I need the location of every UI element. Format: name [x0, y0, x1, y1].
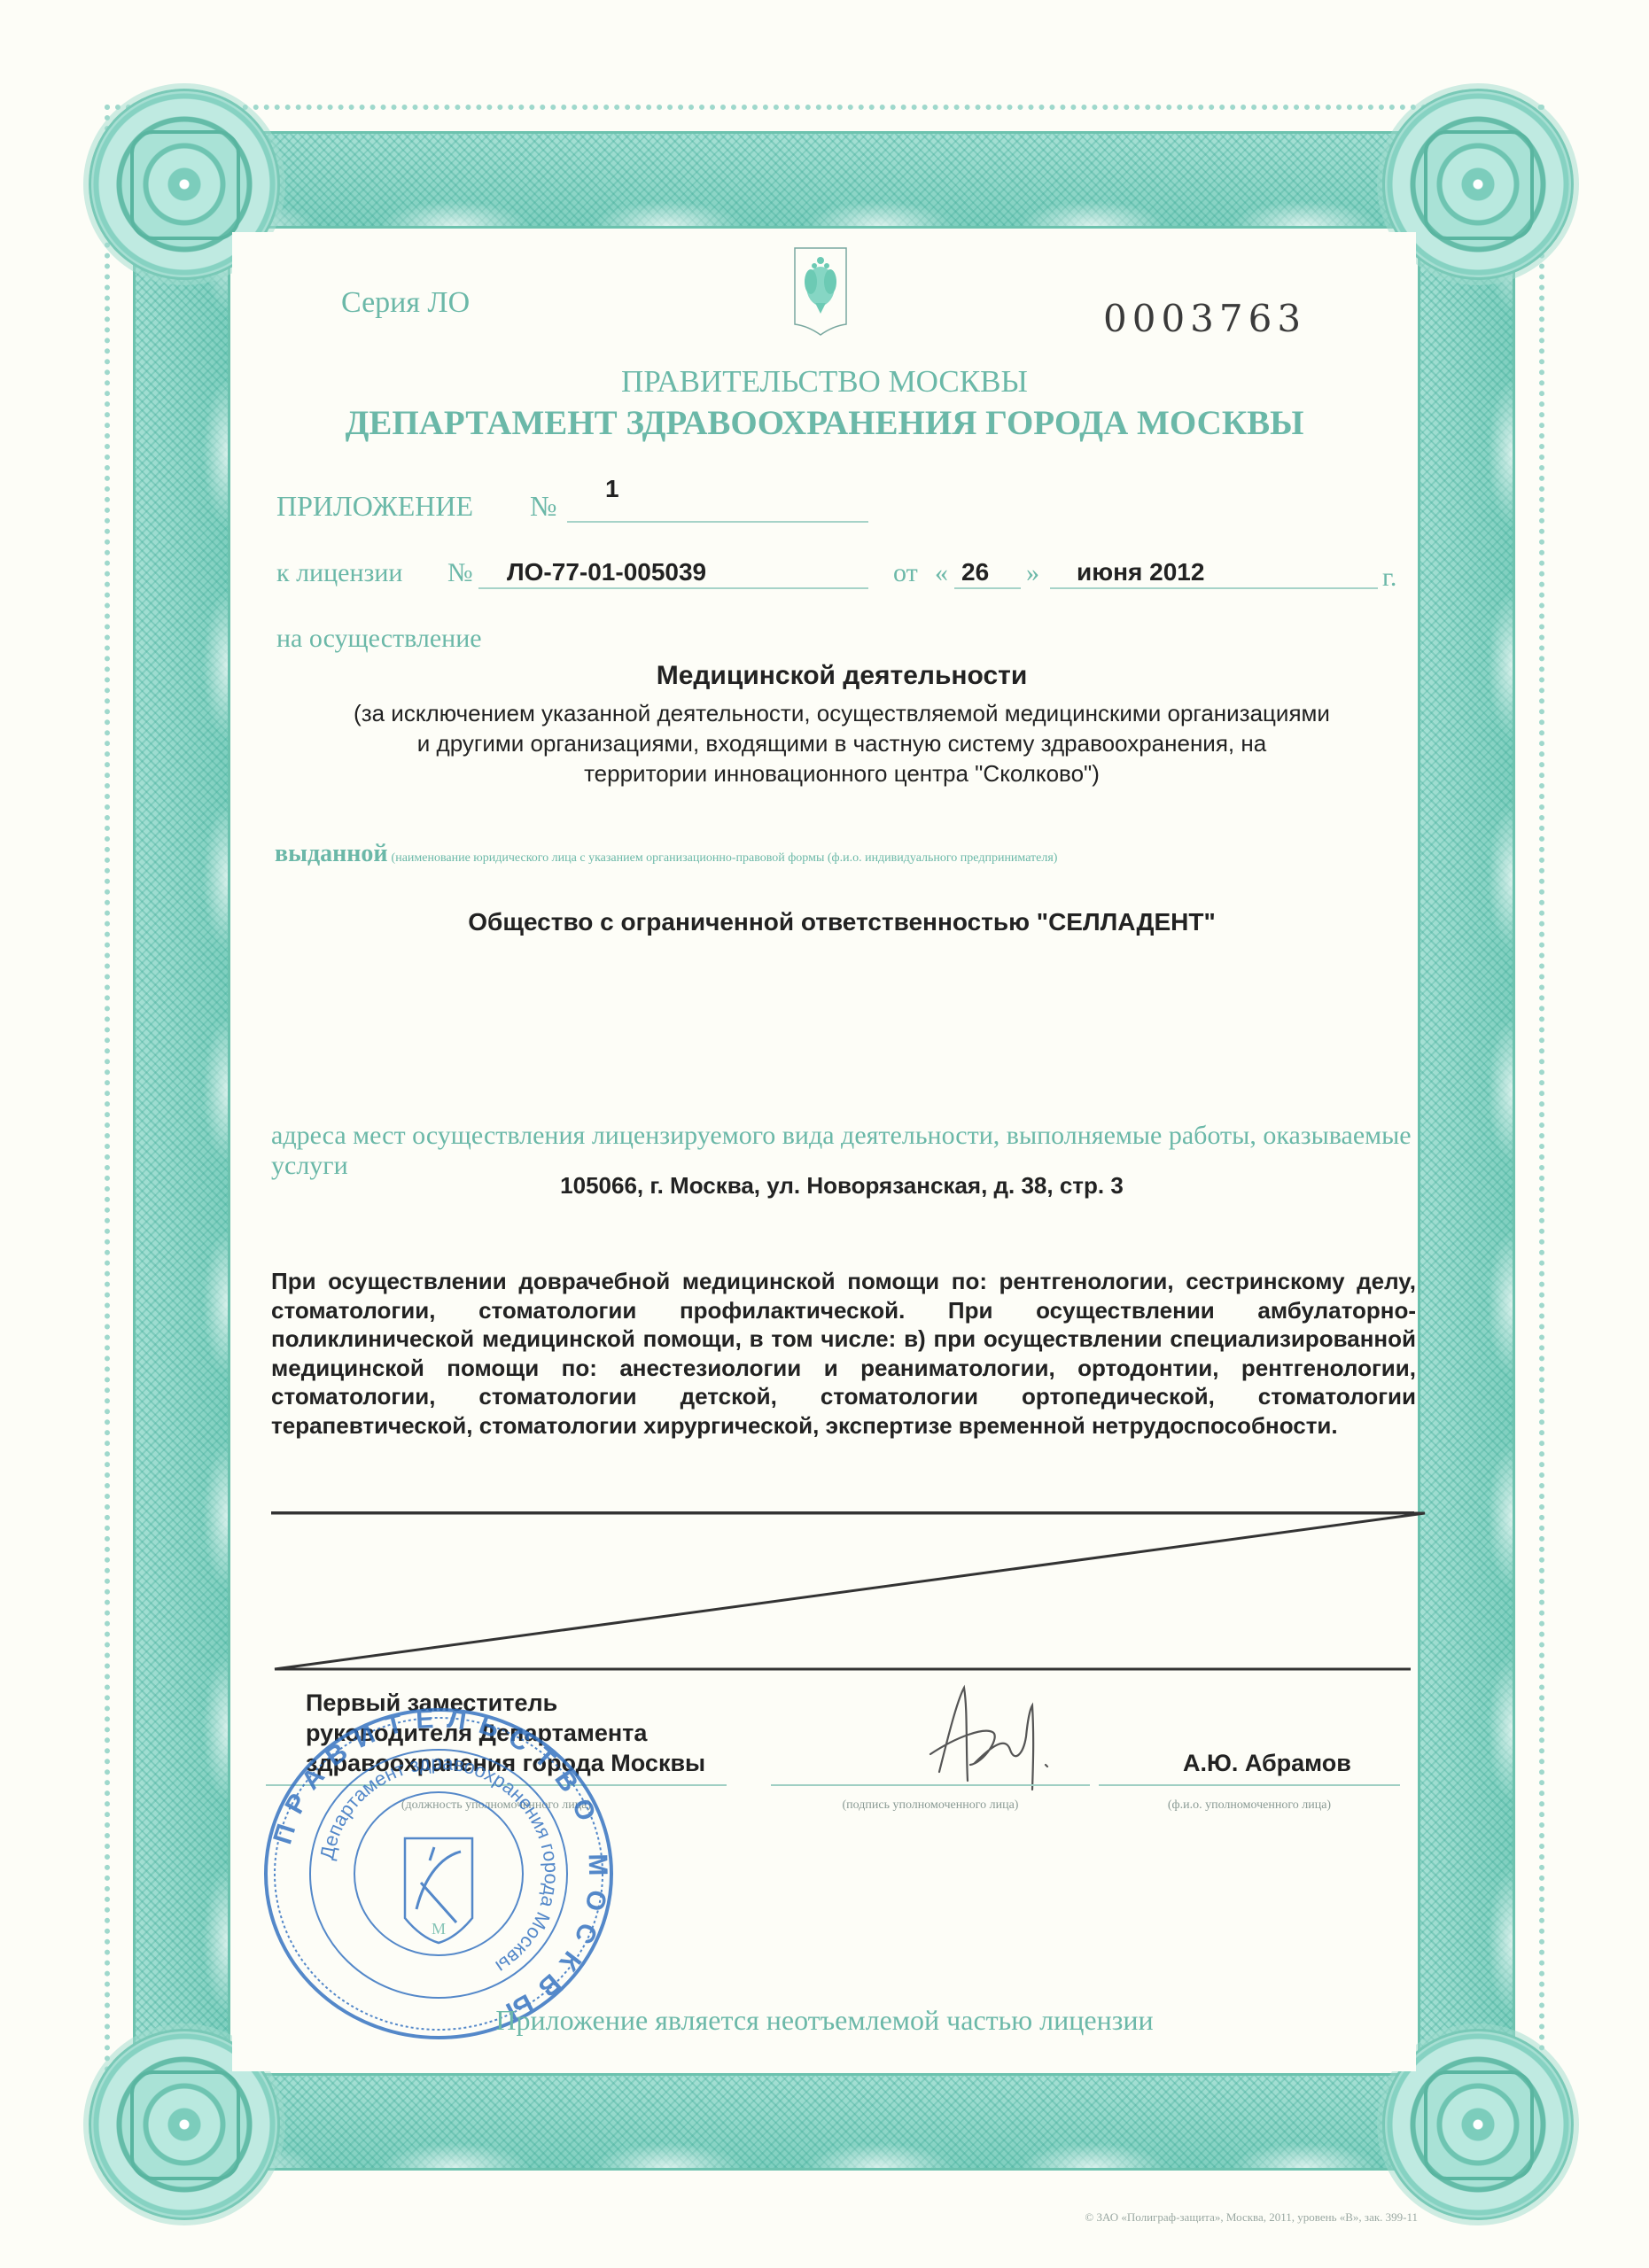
license-label: к лицензии [276, 558, 403, 588]
year-suffix: г. [1382, 563, 1396, 593]
official-seal-stamp: ПРАВИТЕЛЬСТВО МОСКВЫ Департамент здравоо… [253, 1705, 625, 2042]
serial-number: 0003763 [1103, 297, 1306, 340]
printer-imprint: © ЗАО «Полиграф-защита», Москва, 2011, у… [975, 2210, 1418, 2225]
license-number-sign: № [447, 558, 473, 588]
license-day-field [954, 587, 1021, 589]
license-from-label: от [893, 558, 918, 588]
stamp-center-mark: М [432, 1920, 446, 1938]
quote-close: » [1026, 558, 1039, 588]
caption-signature: (подпись уполномоченного лица) [771, 1798, 1090, 1813]
activity-title: Медицинской деятельности [266, 661, 1418, 691]
license-number-value: ЛО-77-01-005039 [507, 558, 706, 586]
name-line [1099, 1784, 1400, 1786]
quote-open: « [935, 558, 948, 588]
services-list: При осуществлении доврачебной медицинско… [271, 1267, 1416, 1440]
strike-through-z-line [257, 1506, 1427, 1674]
signature-line [771, 1784, 1090, 1786]
activity-note-line: и другими организациями, входящими в час… [266, 728, 1418, 758]
series-label: Серия ЛО [341, 286, 470, 320]
issued-to-row: выданной (наименование юридического лица… [275, 840, 1057, 868]
caption-name: (ф.и.о. уполномоченного лица) [1099, 1798, 1400, 1813]
issued-to-hint: (наименование юридического лица с указан… [392, 851, 1058, 865]
government-title: ПРАВИТЕЛЬСТВО МОСКВЫ [0, 364, 1649, 400]
address-value: 105066, г. Москва, ул. Новорязанская, д.… [266, 1172, 1418, 1200]
appendix-number-value: 1 [605, 475, 619, 503]
license-date-value: июня 2012 [1077, 558, 1204, 586]
appendix-label: ПРИЛОЖЕНИЕ [276, 490, 473, 523]
signatory-name: А.Ю. Абрамов [1183, 1750, 1351, 1777]
russian-coat-of-arms-icon [793, 246, 848, 337]
department-title: ДЕПАРТАМЕНТ ЗДРАВООХРАНЕНИЯ ГОРОДА МОСКВ… [0, 403, 1649, 443]
handwritten-signature [922, 1683, 1081, 1798]
issued-to-label: выданной [275, 840, 388, 867]
activity-note-line: (за исключением указанной деятельности, … [266, 698, 1418, 728]
activity-note-line: территории инновационного центра "Сколко… [266, 758, 1418, 788]
appendix-number-field [567, 521, 868, 523]
license-date-field [1050, 587, 1378, 589]
license-number-field [478, 587, 868, 589]
frame-band-bottom [133, 2073, 1515, 2171]
appendix-number-sign: № [530, 490, 557, 523]
license-day-value: 26 [961, 558, 989, 586]
activity-note: (за исключением указанной деятельности, … [266, 698, 1418, 788]
organization-name: Общество с ограниченной ответственностью… [266, 908, 1418, 936]
activity-label: на осуществление [276, 624, 482, 654]
footer-note: Приложение является неотъемлемой частью … [0, 2004, 1649, 2037]
license-appendix-page: Серия ЛО 0003763 ПРАВИТЕЛЬСТВО МОСКВЫ ДЕ… [0, 0, 1649, 2268]
frame-band-top [133, 131, 1515, 229]
